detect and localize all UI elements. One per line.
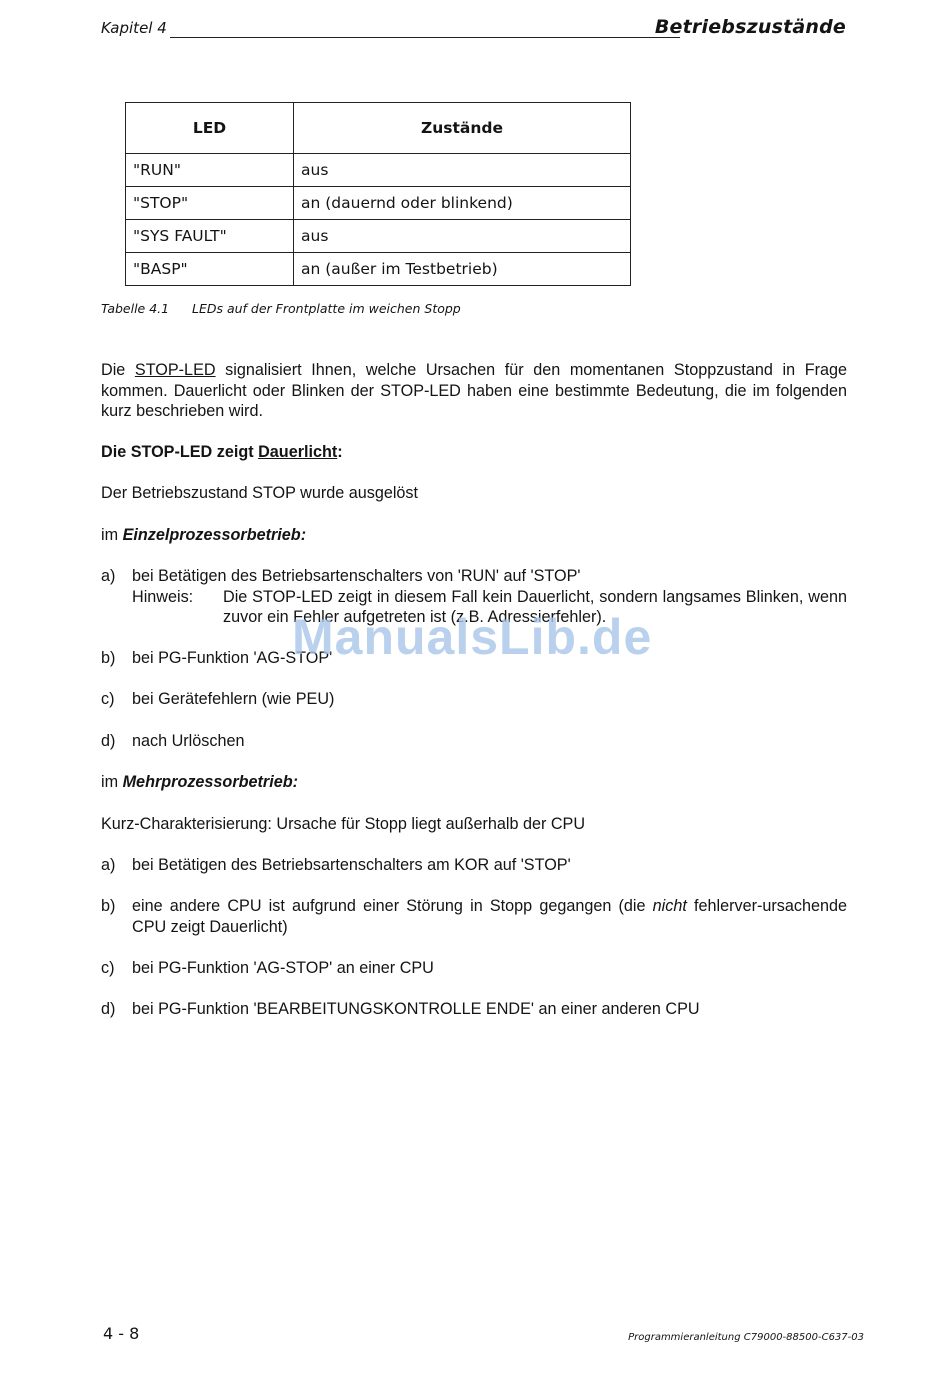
item-text: bei Betätigen des Betriebsartenschalters…: [132, 566, 847, 587]
list-item: c) bei Gerätefehlern (wie PEU): [101, 689, 847, 710]
document-page: Kapitel 4 Betriebszustände LED Zustände …: [0, 0, 950, 1385]
chapter-label: Kapitel 4: [101, 19, 167, 37]
caption-text: LEDs auf der Frontplatte im weichen Stop…: [192, 301, 461, 316]
list-item: b) eine andere CPU ist aufgrund einer St…: [101, 896, 847, 937]
item-emphasis: nicht: [653, 897, 687, 915]
list-item: c) bei PG-Funktion 'AG-STOP' an einer CP…: [101, 958, 847, 979]
column-header-states: Zustände: [294, 103, 631, 154]
list-item: d) nach Urlöschen: [101, 731, 847, 752]
item-text: bei PG-Funktion 'AG-STOP' an einer CPU: [132, 958, 847, 979]
item-label: c): [101, 689, 114, 710]
led-name: "SYS FAULT": [126, 220, 294, 253]
section-title: Betriebszustände: [655, 16, 846, 38]
mode-name: Einzelprozessorbetrieb:: [123, 526, 307, 544]
heading-underlined: Dauerlicht: [258, 443, 337, 461]
led-state: aus: [294, 154, 631, 187]
page-number: 4 - 8: [103, 1324, 139, 1343]
intro-text-start: Die: [101, 361, 135, 379]
item-label: d): [101, 999, 115, 1020]
item-text: bei Betätigen des Betriebsartenschalters…: [132, 855, 847, 876]
led-state: an (dauernd oder blinkend): [294, 187, 631, 220]
item-text: nach Urlöschen: [132, 731, 847, 752]
table-row: "RUN" aus: [126, 154, 631, 187]
intro-paragraph: Die STOP-LED signalisiert Ihnen, welche …: [101, 360, 847, 422]
heading-colon: :: [337, 443, 342, 461]
led-name: "BASP": [126, 253, 294, 286]
table-header-row: LED Zustände: [126, 103, 631, 154]
table-caption: Tabelle 4.1 LEDs auf der Frontplatte im …: [101, 301, 169, 316]
item-text: bei PG-Funktion 'BEARBEITUNGSKONTROLLE E…: [132, 999, 847, 1020]
led-name: "STOP": [126, 187, 294, 220]
triggered-text: Der Betriebszustand STOP wurde ausgelöst: [101, 483, 418, 504]
item-label: a): [101, 566, 115, 587]
watermark: ManualsLib.de: [292, 608, 652, 666]
document-reference: Programmieranleitung C79000-88500-C637-0…: [628, 1332, 864, 1343]
table-row: "STOP" an (dauernd oder blinkend): [126, 187, 631, 220]
column-header-led: LED: [126, 103, 294, 154]
mode-prefix: im: [101, 773, 123, 791]
summary-text: Kurz-Charakterisierung: Ursache für Stop…: [101, 814, 585, 835]
item-text: eine andere CPU ist aufgrund einer Störu…: [132, 896, 847, 937]
item-label: d): [101, 731, 115, 752]
item-label: b): [101, 648, 115, 669]
led-state: an (außer im Testbetrieb): [294, 253, 631, 286]
note-label: Hinweis:: [132, 587, 223, 628]
table-row: "BASP" an (außer im Testbetrieb): [126, 253, 631, 286]
item-label: c): [101, 958, 114, 979]
stop-led-link: STOP-LED: [135, 361, 216, 379]
mode-prefix: im: [101, 526, 123, 544]
single-processor-heading: im Einzelprozessorbetrieb:: [101, 525, 306, 546]
list-item: a) bei Betätigen des Betriebsartenschalt…: [101, 855, 847, 876]
header-rule: [170, 37, 680, 38]
item-text: bei Gerätefehlern (wie PEU): [132, 689, 847, 710]
heading-text: Die STOP-LED zeigt: [101, 443, 258, 461]
caption-label: Tabelle 4.1: [101, 301, 169, 316]
item-text-start: eine andere CPU ist aufgrund einer Störu…: [132, 897, 653, 915]
mode-name: Mehrprozessorbetrieb:: [123, 773, 298, 791]
led-name: "RUN": [126, 154, 294, 187]
led-status-table: LED Zustände "RUN" aus "STOP" an (dauern…: [125, 102, 631, 286]
section-heading: Die STOP-LED zeigt Dauerlicht:: [101, 442, 343, 463]
multi-processor-heading: im Mehrprozessorbetrieb:: [101, 772, 298, 793]
table-row: "SYS FAULT" aus: [126, 220, 631, 253]
list-item: d) bei PG-Funktion 'BEARBEITUNGSKONTROLL…: [101, 999, 847, 1020]
item-label: a): [101, 855, 115, 876]
item-label: b): [101, 896, 115, 917]
led-state: aus: [294, 220, 631, 253]
